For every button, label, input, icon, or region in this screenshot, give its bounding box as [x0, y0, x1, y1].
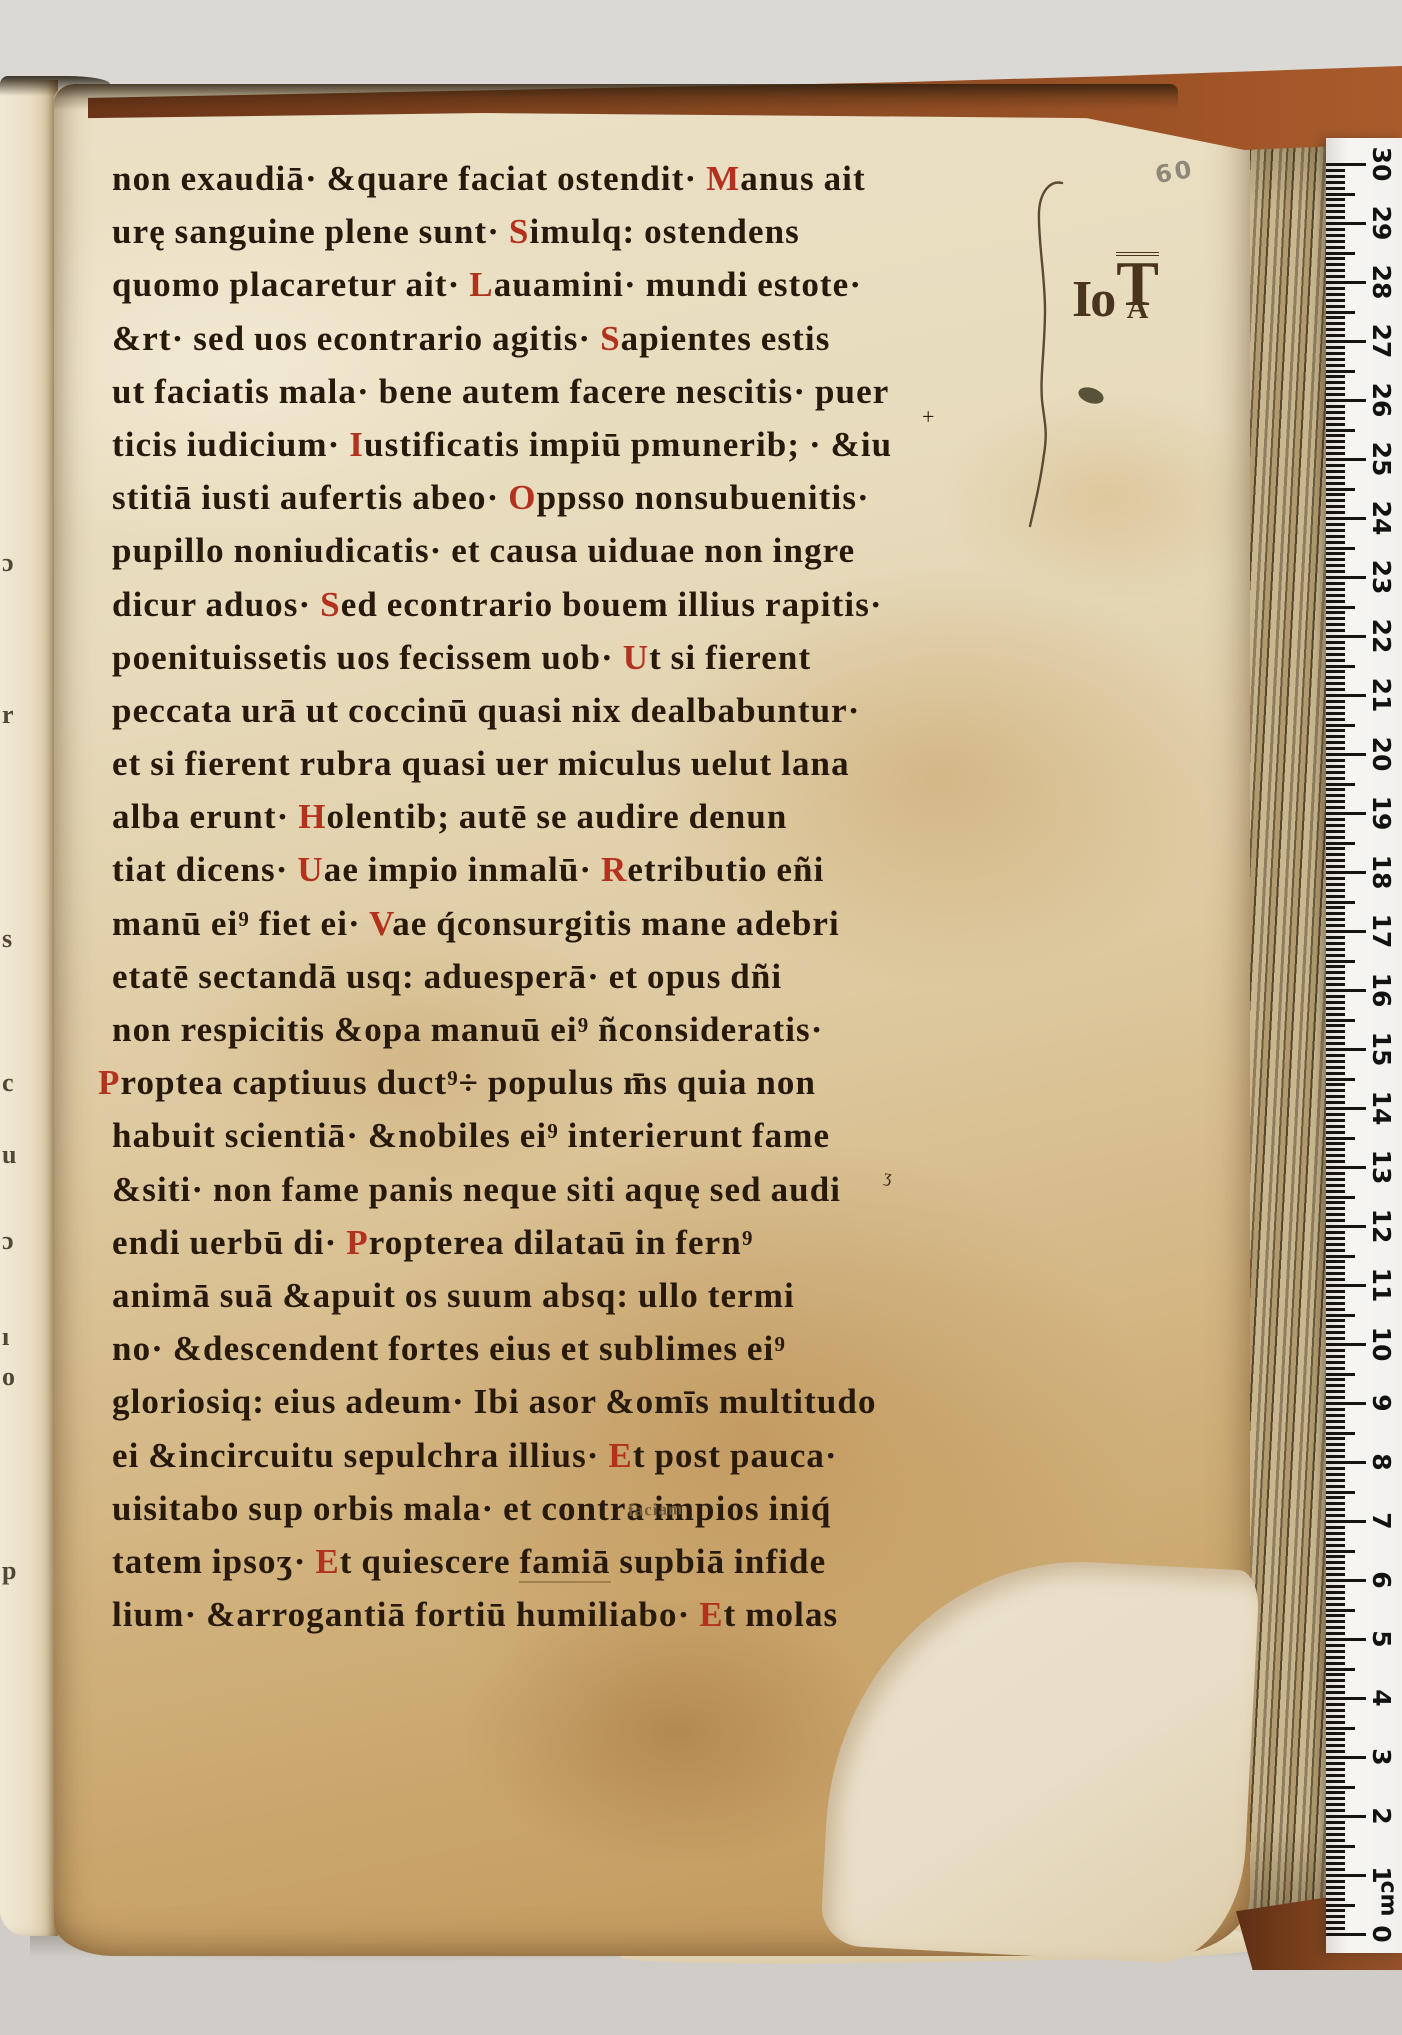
- ruler-tick: [1326, 1060, 1345, 1063]
- ruler-tick: [1326, 912, 1345, 915]
- line-text: olentib; autē se audire denun: [327, 797, 788, 836]
- ruler-tick: [1326, 1066, 1345, 1069]
- ruler-tick: [1326, 1331, 1345, 1334]
- manuscript-line: non exaudiā· &quare faciat ostendit· Man…: [112, 152, 1072, 205]
- ruler-tick: [1326, 488, 1355, 491]
- line-text: famiā: [519, 1542, 610, 1583]
- ruler-tick: [1326, 1378, 1345, 1381]
- ruler-tick: [1326, 210, 1345, 213]
- ruler-tick: [1326, 1432, 1355, 1435]
- ruler-tick: [1326, 924, 1345, 927]
- ruler-tick: [1326, 1184, 1345, 1187]
- ruler-tick: [1326, 1290, 1345, 1293]
- ruler-tick: [1326, 995, 1345, 998]
- ruler-tick: [1326, 1178, 1345, 1181]
- line-text: etributio eñi: [627, 850, 824, 889]
- ruler-tick: [1326, 570, 1345, 573]
- ruler-tick: [1326, 1166, 1366, 1169]
- ruler: 0123456789101112131415161718192021222324…: [1326, 138, 1402, 1953]
- insertion-mark-cross: +: [922, 404, 934, 430]
- ruler-number: 15: [1367, 1031, 1397, 1067]
- ruler-number: 6: [1367, 1562, 1397, 1598]
- ruler-tick: [1326, 1544, 1345, 1547]
- ruler-tick: [1326, 1461, 1366, 1464]
- ruler-tick: [1326, 541, 1345, 544]
- ruler-tick: [1326, 281, 1366, 284]
- ruler-tick: [1326, 983, 1345, 986]
- line-text: &rt· sed uos econtrario agitis·: [112, 319, 600, 358]
- ruler-tick: [1326, 1514, 1345, 1517]
- ruler-tick: [1326, 1774, 1345, 1777]
- ruler-tick: [1326, 1791, 1345, 1794]
- line-text: animā suā &apuit os suum absq: ullo term…: [112, 1276, 795, 1315]
- ruler-tick: [1326, 1148, 1345, 1151]
- manuscript-line: quomo placaretur ait· Lauamini· mundi es…: [112, 258, 1072, 311]
- ruler-tick: [1326, 1225, 1366, 1228]
- ruler-tick: [1326, 340, 1366, 343]
- ruler-tick: [1326, 1886, 1345, 1889]
- ruler-tick: [1326, 895, 1345, 898]
- ruler-tick: [1326, 1024, 1345, 1027]
- ruler-tick: [1326, 718, 1345, 721]
- ruler-tick: [1326, 688, 1345, 691]
- left-edge-fragment: s: [2, 924, 12, 954]
- ruler-tick: [1326, 1721, 1345, 1724]
- ruler-number: 24: [1367, 500, 1397, 536]
- ruler-tick: [1326, 1909, 1345, 1912]
- ruler-tick: [1326, 1550, 1355, 1553]
- ruler-tick: [1326, 328, 1345, 331]
- text-block: non exaudiā· &quare faciat ostendit· Man…: [112, 152, 1072, 1641]
- ruler-tick: [1326, 1709, 1345, 1712]
- ruler-tick: [1326, 1904, 1355, 1907]
- ruler-tick: [1326, 1455, 1345, 1458]
- ruler-tick: [1326, 1361, 1345, 1364]
- ruler-tick: [1326, 1685, 1345, 1688]
- left-edge-fragment: r: [2, 700, 14, 730]
- rubric-initial: E: [699, 1595, 723, 1634]
- ruler-tick: [1326, 1715, 1345, 1718]
- ruler-tick: [1326, 576, 1366, 579]
- ruler-tick: [1326, 1892, 1345, 1895]
- ruler-tick: [1326, 765, 1345, 768]
- line-text: ticis iudicium·: [112, 425, 349, 464]
- line-text: no· &descendent fortes eius et sublimes …: [112, 1329, 786, 1368]
- ruler-tick: [1326, 1426, 1345, 1429]
- line-text: non exaudiā· &quare faciat ostendit·: [112, 159, 706, 198]
- ruler-tick: [1326, 517, 1366, 520]
- ruler-tick: [1326, 387, 1345, 390]
- ruler-tick: [1326, 1632, 1345, 1635]
- ruler-tick: [1326, 676, 1345, 679]
- rubric-initial: L: [469, 265, 493, 304]
- ruler-tick: [1326, 1691, 1345, 1694]
- ruler-tick: [1326, 1644, 1345, 1647]
- facing-page-edge: [0, 80, 58, 1936]
- ruler-tick: [1326, 1284, 1366, 1287]
- line-text: tatem ipsoʒ·: [112, 1542, 315, 1581]
- ruler-tick: [1326, 665, 1355, 668]
- ruler-tick: [1326, 1467, 1345, 1470]
- ruler-tick: [1326, 1219, 1345, 1222]
- ruler-tick: [1326, 269, 1345, 272]
- ruler-number: 12: [1367, 1208, 1397, 1244]
- line-text: ed econtrario bouem illius rapitis·: [341, 585, 883, 624]
- ruler-tick: [1326, 1443, 1345, 1446]
- ruler-tick: [1326, 1496, 1345, 1499]
- ruler-tick: [1326, 783, 1355, 786]
- ruler-tick: [1326, 405, 1345, 408]
- rubric-initial: E: [315, 1542, 339, 1581]
- ruler-tick: [1326, 1272, 1345, 1275]
- line-text: poenituissetis uos fecissem uob·: [112, 638, 623, 677]
- ruler-tick: [1326, 1013, 1345, 1016]
- ruler-tick: [1326, 493, 1345, 496]
- ruler-tick: [1326, 1119, 1345, 1122]
- ruler-tick: [1326, 1898, 1345, 1901]
- ruler-tick: [1326, 499, 1345, 502]
- ruler-tick: [1326, 889, 1345, 892]
- ruler-tick: [1326, 1620, 1345, 1623]
- ruler-tick: [1326, 1508, 1345, 1511]
- line-text: gloriosiq: eius adeum· Ibi asor &omīs mu…: [112, 1382, 877, 1421]
- ruler-tick: [1326, 181, 1345, 184]
- ruler-tick: [1326, 971, 1345, 974]
- ruler-tick: [1326, 706, 1345, 709]
- ruler-tick: [1326, 759, 1345, 762]
- left-edge-fragment: ı: [2, 1322, 9, 1352]
- ruler-number: 16: [1367, 972, 1397, 1008]
- ruler-tick: [1326, 582, 1345, 585]
- ruler-tick: [1326, 806, 1345, 809]
- ruler-tick: [1326, 777, 1345, 780]
- ruler-number: 25: [1367, 441, 1397, 477]
- ruler-tick: [1326, 606, 1355, 609]
- ruler-tick: [1326, 193, 1355, 196]
- ruler-tick: [1326, 1809, 1345, 1812]
- line-text: auamini· mundi estote·: [494, 265, 862, 304]
- ruler-tick: [1326, 1001, 1345, 1004]
- line-text: urę sanguine plene sunt·: [112, 212, 509, 251]
- ruler-tick: [1326, 883, 1345, 886]
- nota-left-letters: Io: [1072, 274, 1114, 326]
- ruler-tick: [1326, 1030, 1345, 1033]
- ruler-tick: [1326, 1762, 1345, 1765]
- ruler-tick: [1326, 1673, 1345, 1676]
- rubric-initial: H: [298, 797, 326, 836]
- left-edge-fragment: p: [2, 1556, 16, 1586]
- ruler-tick: [1326, 1396, 1345, 1399]
- ruler-tick: [1326, 682, 1345, 685]
- ruler-tick: [1326, 901, 1355, 904]
- ruler-tick: [1326, 800, 1345, 803]
- ruler-tick: [1326, 1585, 1345, 1588]
- ruler-tick: [1326, 1561, 1345, 1564]
- ruler-tick: [1326, 1750, 1345, 1753]
- ruler-tick: [1326, 1921, 1345, 1924]
- ruler-tick: [1326, 1255, 1355, 1258]
- line-text: endi uerbū di·: [112, 1223, 346, 1262]
- page-top-shadow: [54, 84, 1178, 110]
- rubric-initial: S: [320, 585, 341, 624]
- ruler-tick: [1326, 623, 1345, 626]
- ruler-tick: [1326, 293, 1345, 296]
- manuscript-line: et si fierent rubra quasi uer miculus ue…: [112, 737, 1072, 790]
- ruler-tick: [1326, 1325, 1345, 1328]
- ruler-tick: [1326, 1137, 1355, 1140]
- ruler-tick: [1326, 847, 1345, 850]
- ruler-tick: [1326, 859, 1345, 862]
- ruler-tick: [1326, 1727, 1355, 1730]
- ruler-tick: [1326, 1520, 1366, 1523]
- ruler-tick: [1326, 1538, 1345, 1541]
- ruler-tick: [1326, 1113, 1345, 1116]
- ruler-tick: [1326, 700, 1345, 703]
- ruler-tick: [1326, 204, 1345, 207]
- ruler-number: 0: [1367, 1916, 1397, 1952]
- margin-bracket: [1018, 178, 1070, 530]
- ruler-number: 3: [1367, 1739, 1397, 1775]
- ruler-tick: [1326, 753, 1366, 756]
- ruler-tick: [1326, 1048, 1366, 1051]
- ruler-tick: [1326, 594, 1345, 597]
- ruler-tick: [1326, 529, 1345, 532]
- line-text: ppsso nonsubuenitis·: [537, 478, 870, 517]
- ruler-number: 30: [1367, 146, 1397, 182]
- line-text: pupillo noniudicatis· et causa uiduae no…: [112, 531, 855, 570]
- left-edge-fragment: o: [2, 1362, 15, 1392]
- ruler-tick: [1326, 1567, 1345, 1570]
- ruler-tick: [1326, 163, 1366, 166]
- ruler-tick: [1326, 375, 1345, 378]
- ruler-tick: [1326, 830, 1345, 833]
- ruler-tick: [1326, 930, 1366, 933]
- manuscript-line: dicur aduos· Sed econtrario bouem illius…: [112, 578, 1072, 631]
- ruler-tick: [1326, 1744, 1345, 1747]
- line-text: t post pauca·: [633, 1436, 838, 1475]
- line-text: apientes estis: [621, 319, 831, 358]
- rubric-initial: V: [369, 904, 392, 943]
- ruler-tick: [1326, 1491, 1355, 1494]
- ruler-tick: [1326, 287, 1345, 290]
- ruler-tick: [1326, 1833, 1345, 1836]
- ruler-tick: [1326, 440, 1345, 443]
- ruler-tick: [1326, 1856, 1345, 1859]
- ruler-tick: [1326, 1845, 1355, 1848]
- ruler-tick: [1326, 240, 1345, 243]
- ruler-tick: [1326, 364, 1345, 367]
- rubric-initial: O: [508, 478, 536, 517]
- ruler-tick: [1326, 1868, 1345, 1871]
- line-text: t molas: [724, 1595, 839, 1634]
- ruler-tick: [1326, 1201, 1345, 1204]
- ruler-tick: [1326, 1019, 1355, 1022]
- line-text: ae q́consurgitis mane adebri: [392, 904, 840, 943]
- ruler-tick: [1326, 1650, 1345, 1653]
- ruler-tick: [1326, 1827, 1345, 1830]
- ruler-tick: [1326, 877, 1345, 880]
- manuscript-line: alba erunt· Holentib; autē se audire den…: [112, 790, 1072, 843]
- ruler-number: 17: [1367, 913, 1397, 949]
- ruler-tick: [1326, 1414, 1345, 1417]
- ruler-tick: [1326, 977, 1345, 980]
- ruler-tick: [1326, 523, 1345, 526]
- rubric-initial: E: [608, 1436, 632, 1475]
- ruler-tick: [1326, 1768, 1345, 1771]
- manuscript-line: &rt· sed uos econtrario agitis· Sapiente…: [112, 312, 1072, 365]
- ruler-tick: [1326, 1780, 1345, 1783]
- ruler-number: 27: [1367, 323, 1397, 359]
- ruler-tick: [1326, 1089, 1345, 1092]
- ruler-number: 20: [1367, 736, 1397, 772]
- ruler-tick: [1326, 187, 1345, 190]
- manuscript-line: lium· &arrogantiā fortiū humiliabo· Et m…: [112, 1588, 1072, 1641]
- ruler-tick: [1326, 446, 1345, 449]
- photo-stage: non exaudiā· &quare faciat ostendit· Man…: [0, 0, 1402, 2035]
- ruler-number: 11: [1367, 1267, 1397, 1303]
- manuscript-line: stitiā iusti aufertis abeo· Oppsso nonsu…: [112, 471, 1072, 524]
- manuscript-line: uisitabo sup orbis mala· et contra impio…: [112, 1482, 1072, 1535]
- ruler-tick: [1326, 1679, 1345, 1682]
- ruler-tick: [1326, 1797, 1345, 1800]
- ruler-tick: [1326, 771, 1345, 774]
- line-text: ustificatis impiū pmunerib; · &iu: [364, 425, 892, 464]
- manuscript-line: pupillo noniudicatis· et causa uiduae no…: [112, 524, 1072, 577]
- ruler-number: 9: [1367, 1385, 1397, 1421]
- ruler-tick: [1326, 948, 1345, 951]
- ruler-tick: [1326, 653, 1345, 656]
- ruler-tick: [1326, 1437, 1345, 1440]
- ruler-tick: [1326, 1850, 1345, 1853]
- ruler-tick: [1326, 458, 1366, 461]
- ruler-tick: [1326, 824, 1345, 827]
- ruler-tick: [1326, 960, 1355, 963]
- ruler-tick: [1326, 1172, 1345, 1175]
- manuscript-line: tatem ipsoʒ· Et quiescere famiā supbiā i…: [112, 1535, 1072, 1588]
- line-text: ropterea dilataū in fern⁹: [369, 1223, 754, 1262]
- ruler-tick: [1326, 1732, 1345, 1735]
- ruler-tick: [1326, 1874, 1366, 1877]
- ruler-tick: [1326, 712, 1345, 715]
- ruler-tick: [1326, 1125, 1345, 1128]
- ruler-tick: [1326, 228, 1345, 231]
- ruler-tick: [1326, 936, 1345, 939]
- manuscript-line: ei &incircuitu sepulchra illius· Et post…: [112, 1429, 1072, 1482]
- ruler-tick: [1326, 1390, 1345, 1393]
- manuscript-line: manū ei⁹ fiet ei· Vae q́consurgitis mane…: [112, 897, 1072, 950]
- rubric-initial: P: [98, 1063, 120, 1102]
- interlinear-gloss: faciam: [628, 1499, 684, 1521]
- ruler-tick: [1326, 1933, 1366, 1936]
- ruler-tick: [1326, 670, 1345, 673]
- ruler-tick: [1326, 216, 1345, 219]
- ruler-tick: [1326, 1626, 1345, 1629]
- ruler-tick: [1326, 1839, 1345, 1842]
- manuscript-line: habuit scientiā· &nobiles ei⁹ interierun…: [112, 1109, 1072, 1162]
- line-text: dicur aduos·: [112, 585, 320, 624]
- ruler-tick: [1326, 635, 1366, 638]
- ruler-tick: [1326, 411, 1345, 414]
- ruler-tick: [1326, 1278, 1345, 1281]
- ruler-tick: [1326, 871, 1366, 874]
- ruler-tick: [1326, 198, 1345, 201]
- ruler-tick: [1326, 429, 1355, 432]
- ruler-tick: [1326, 1756, 1366, 1759]
- ruler-tick: [1326, 1815, 1366, 1818]
- ruler-tick: [1326, 305, 1345, 308]
- ruler-tick: [1326, 1237, 1345, 1240]
- ruler-tick: [1326, 647, 1345, 650]
- ruler-tick: [1326, 1266, 1345, 1269]
- ruler-tick: [1326, 1609, 1355, 1612]
- manuscript-line: endi uerbū di· Propterea dilataū in fern…: [112, 1216, 1072, 1269]
- ruler-tick: [1326, 1526, 1345, 1529]
- nota-monogram: Io T A: [1072, 252, 1159, 326]
- ruler-tick: [1326, 505, 1345, 508]
- ruler-tick: [1326, 741, 1345, 744]
- ruler-tick: [1326, 1786, 1355, 1789]
- ruler-tick: [1326, 1597, 1345, 1600]
- ruler-number: 5: [1367, 1621, 1397, 1657]
- line-text: supbiā infide: [611, 1542, 827, 1581]
- ruler-tick: [1326, 659, 1345, 662]
- ruler-tick: [1326, 234, 1345, 237]
- rubric-initial: I: [349, 425, 364, 464]
- ruler-number: 19: [1367, 795, 1397, 831]
- ruler-tick: [1326, 818, 1345, 821]
- ruler-tick: [1326, 788, 1345, 791]
- ruler-tick: [1326, 393, 1345, 396]
- ruler-tick: [1326, 352, 1345, 355]
- ruler-tick: [1326, 1668, 1355, 1671]
- ruler-tick: [1326, 246, 1345, 249]
- ruler-tick: [1326, 1107, 1366, 1110]
- ruler-number: 21: [1367, 677, 1397, 713]
- ruler-unit-label: cm: [1375, 1881, 1400, 1917]
- ruler-tick: [1326, 1579, 1366, 1582]
- rubric-initial: S: [509, 212, 530, 251]
- ruler-tick: [1326, 370, 1355, 373]
- ruler-tick: [1326, 1308, 1345, 1311]
- ruler-tick: [1326, 1479, 1345, 1482]
- ruler-number: 8: [1367, 1444, 1397, 1480]
- ruler-tick: [1326, 1591, 1345, 1594]
- ruler-tick: [1326, 1160, 1345, 1163]
- ruler-tick: [1326, 334, 1345, 337]
- ruler-tick: [1326, 1302, 1345, 1305]
- ruler-tick: [1326, 547, 1355, 550]
- ruler-tick: [1326, 257, 1345, 260]
- left-edge-fragment: ɔ: [2, 548, 14, 578]
- line-text: peccata urā ut coccinū quasi nix dealbab…: [112, 691, 861, 730]
- manuscript-line: animā suā &apuit os suum absq: ullo term…: [112, 1269, 1072, 1322]
- ruler-tick: [1326, 836, 1345, 839]
- ruler-tick: [1326, 1296, 1345, 1299]
- line-text: alba erunt·: [112, 797, 298, 836]
- ruler-tick: [1326, 1131, 1345, 1134]
- ruler-tick: [1326, 1697, 1366, 1700]
- line-text: manū ei⁹ fiet ei·: [112, 904, 369, 943]
- ruler-tick: [1326, 1862, 1345, 1865]
- ruler-tick: [1326, 452, 1345, 455]
- ruler-tick: [1326, 918, 1345, 921]
- ruler-tick: [1326, 169, 1345, 172]
- ruler-tick: [1326, 1373, 1355, 1376]
- ruler-number: 2: [1367, 1798, 1397, 1834]
- line-text: et si fierent rubra quasi uer miculus ue…: [112, 744, 850, 783]
- ruler-tick: [1326, 311, 1355, 314]
- ruler-tick: [1326, 1502, 1345, 1505]
